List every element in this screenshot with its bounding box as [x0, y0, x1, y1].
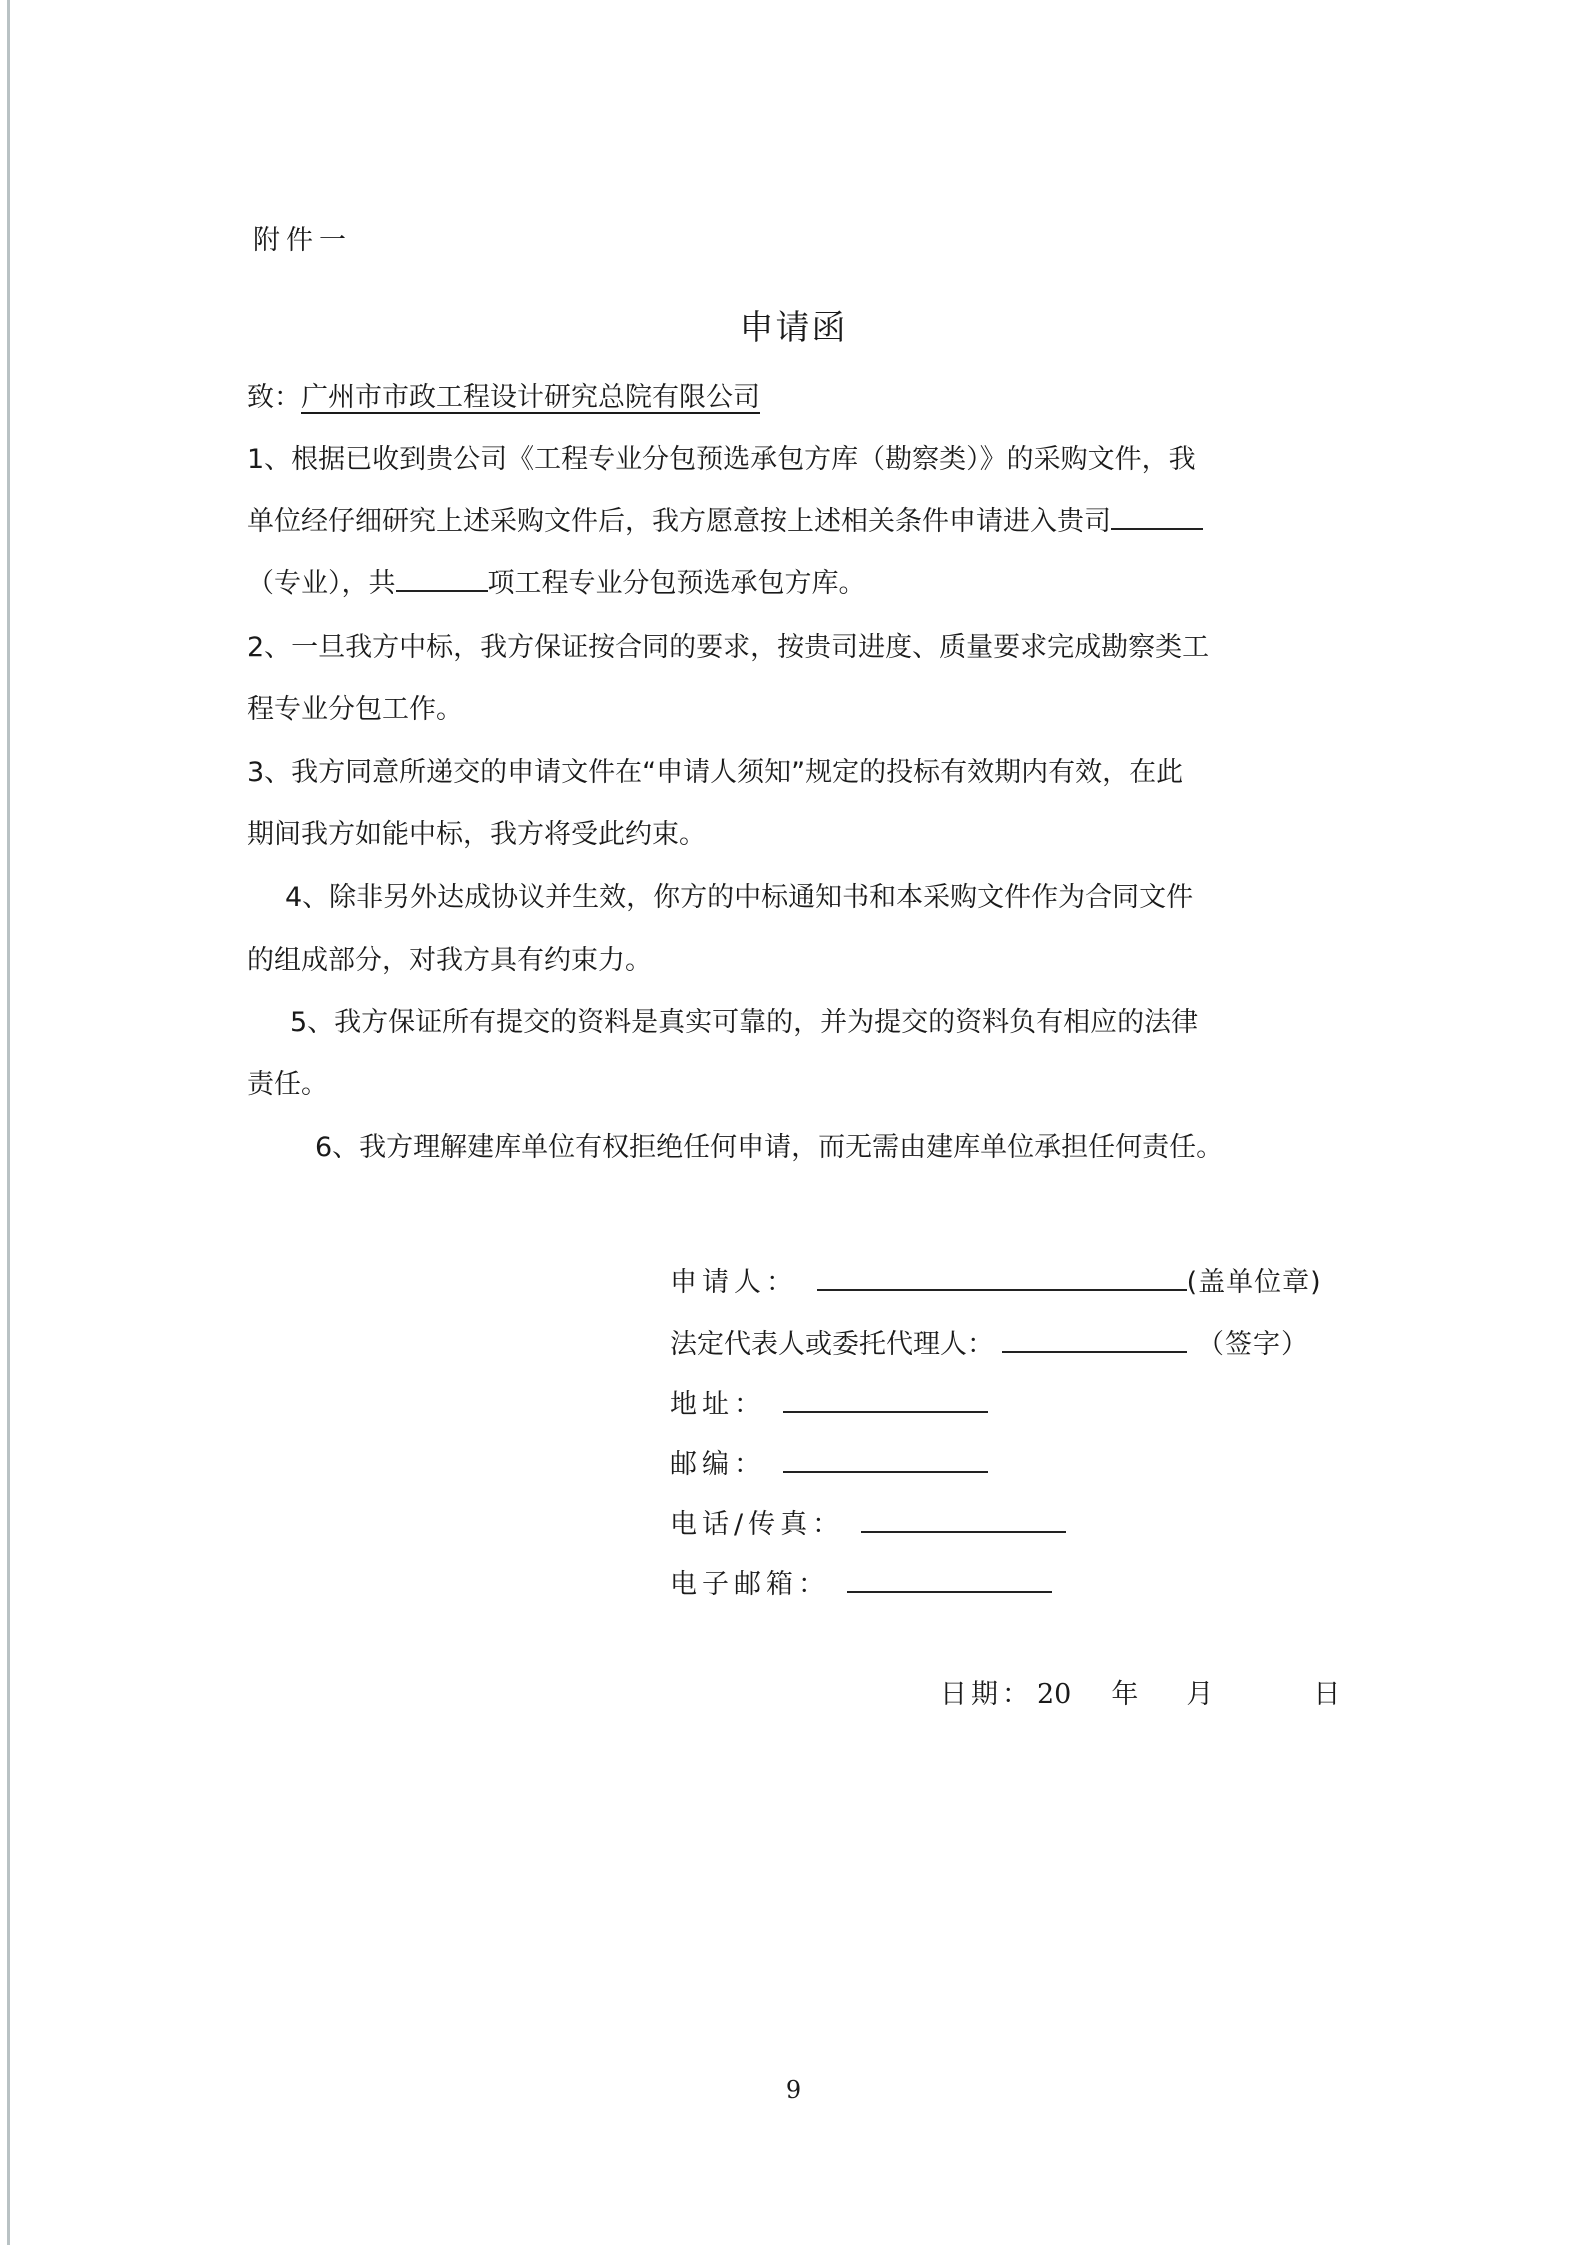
applicant-field[interactable] — [817, 1263, 1187, 1291]
address-field[interactable] — [783, 1385, 988, 1413]
date-day-unit: 日 — [1313, 1679, 1340, 1710]
paragraph-3-line-2: 期间我方如能中标，我方将受此约束。 — [247, 812, 706, 851]
paragraph-1-line-2: 单位经仔细研究上述采购文件后，我方愿意按上述相关条件申请进入贵司 — [247, 499, 1203, 538]
email-field[interactable] — [847, 1565, 1052, 1593]
paragraph-2-line-1: 2、一旦我方中标，我方保证按合同的要求，按贵司进度、质量要求完成勘察类工 — [247, 625, 1209, 664]
document-title: 申请函 — [0, 300, 1587, 349]
phone-fax-label: 电话/传真： — [670, 1509, 844, 1540]
representative-row: 法定代表人或委托代理人：（签字） — [670, 1322, 1309, 1361]
date-label: 日期： — [940, 1679, 1033, 1710]
phone-fax-field[interactable] — [861, 1505, 1066, 1533]
specialty-blank[interactable] — [1111, 502, 1203, 530]
paragraph-1-line-3-b: 项工程专业分包预选承包方库。 — [488, 568, 866, 599]
paragraph-4-line-1: 4、除非另外达成协议并生效，你方的中标通知书和本采购文件作为合同文件 — [285, 875, 1193, 914]
representative-field[interactable] — [1002, 1325, 1187, 1353]
paragraph-6-line-1: 6、我方理解建库单位有权拒绝任何申请，而无需由建库单位承担任何责任。 — [315, 1125, 1223, 1164]
address-row: 地址： — [670, 1382, 988, 1421]
phone-fax-row: 电话/传真： — [670, 1502, 1066, 1541]
paragraph-4-line-2: 的组成部分，对我方具有约束力。 — [247, 938, 652, 977]
paragraph-2-line-2: 程专业分包工作。 — [247, 687, 463, 726]
count-blank[interactable] — [396, 564, 488, 592]
address-label: 地址： — [670, 1389, 766, 1420]
date-year-prefix: 20 — [1037, 1679, 1071, 1710]
date-year-unit: 年 — [1111, 1679, 1138, 1710]
paragraph-1-line-3: （专业），共项工程专业分包预选承包方库。 — [247, 561, 866, 600]
paragraph-3-line-1: 3、我方同意所递交的申请文件在“申请人须知”规定的投标有效期内有效，在此 — [247, 750, 1183, 789]
postcode-field[interactable] — [783, 1445, 988, 1473]
representative-note: （签字） — [1197, 1329, 1309, 1360]
applicant-note: (盖单位章) — [1187, 1267, 1322, 1298]
email-row: 电子邮箱： — [670, 1562, 1052, 1601]
representative-label: 法定代表人或委托代理人： — [670, 1329, 994, 1360]
paragraph-1-line-1: 1、根据已收到贵公司《工程专业分包预选承包方库（勘察类）》的采购文件，我 — [247, 437, 1196, 476]
paragraph-5-line-2: 责任。 — [247, 1062, 328, 1101]
recipient-name: 广州市市政工程设计研究总院有限公司 — [301, 382, 760, 413]
postcode-label: 邮编： — [670, 1449, 766, 1480]
date-line: 日期：20年月日 — [940, 1672, 1340, 1711]
postcode-row: 邮编： — [670, 1442, 988, 1481]
page-number: 9 — [0, 2076, 1587, 2104]
paragraph-1-line-3-a: （专业），共 — [247, 568, 396, 599]
document-page: 附件一 申请函 致：广州市市政工程设计研究总院有限公司 1、根据已收到贵公司《工… — [0, 0, 1587, 2245]
paragraph-5-line-1: 5、我方保证所有提交的资料是真实可靠的，并为提交的资料负有相应的法律 — [290, 1000, 1198, 1039]
recipient-prefix: 致： — [247, 382, 301, 413]
attachment-label: 附件一 — [253, 218, 352, 257]
email-label: 电子邮箱： — [670, 1569, 830, 1600]
applicant-label: 申请人： — [670, 1267, 798, 1298]
paragraph-1-line-2-text: 单位经仔细研究上述采购文件后，我方愿意按上述相关条件申请进入贵司 — [247, 506, 1111, 537]
recipient-line: 致：广州市市政工程设计研究总院有限公司 — [247, 375, 760, 414]
applicant-row: 申请人： (盖单位章) — [670, 1260, 1322, 1299]
date-month-unit: 月 — [1186, 1679, 1213, 1710]
